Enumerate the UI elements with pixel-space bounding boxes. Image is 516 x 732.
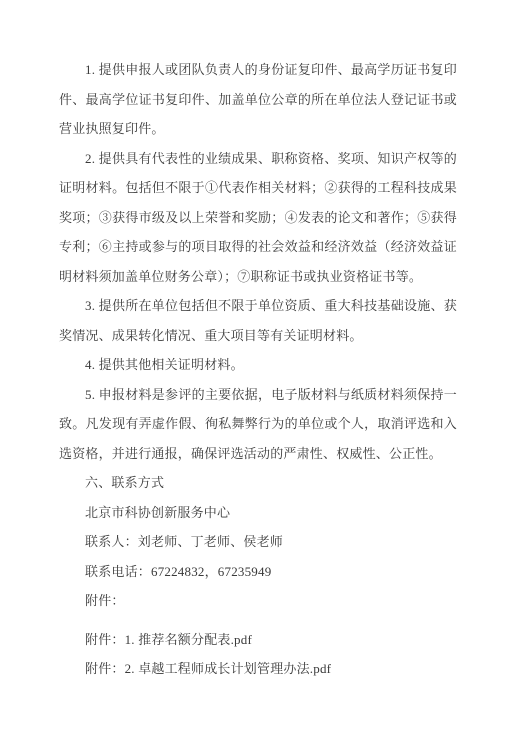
section-heading-contact: 六、联系方式 <box>59 468 457 498</box>
contact-phone: 联系电话：67224832，67235949 <box>59 557 457 587</box>
body-paragraph-4: 4. 提供其他相关证明材料。 <box>59 350 457 380</box>
attachment-item-2: 附件：2. 卓越工程师成长计划管理办法.pdf <box>59 654 457 684</box>
attachment-item-1: 附件：1. 推荐名额分配表.pdf <box>59 625 457 655</box>
body-paragraph-3: 3. 提供所在单位包括但不限于单位资质、重大科技基础设施、获奖情况、成果转化情况… <box>59 291 457 350</box>
attachment-label: 附件： <box>59 586 457 616</box>
contact-persons: 联系人：刘老师、丁老师、侯老师 <box>59 527 457 557</box>
contact-organization: 北京市科协创新服务中心 <box>59 498 457 528</box>
document-page: 1. 提供申报人或团队负责人的身份证复印件、最高学历证书复印件、最高学位证书复印… <box>0 0 516 732</box>
body-paragraph-5: 5. 申报材料是参评的主要依据，电子版材料与纸质材料须保持一致。凡发现有弄虚作假… <box>59 380 457 469</box>
body-paragraph-1: 1. 提供申报人或团队负责人的身份证复印件、最高学历证书复印件、最高学位证书复印… <box>59 55 457 144</box>
body-paragraph-2: 2. 提供具有代表性的业绩成果、职称资格、奖项、知识产权等的证明材料。包括但不限… <box>59 144 457 292</box>
